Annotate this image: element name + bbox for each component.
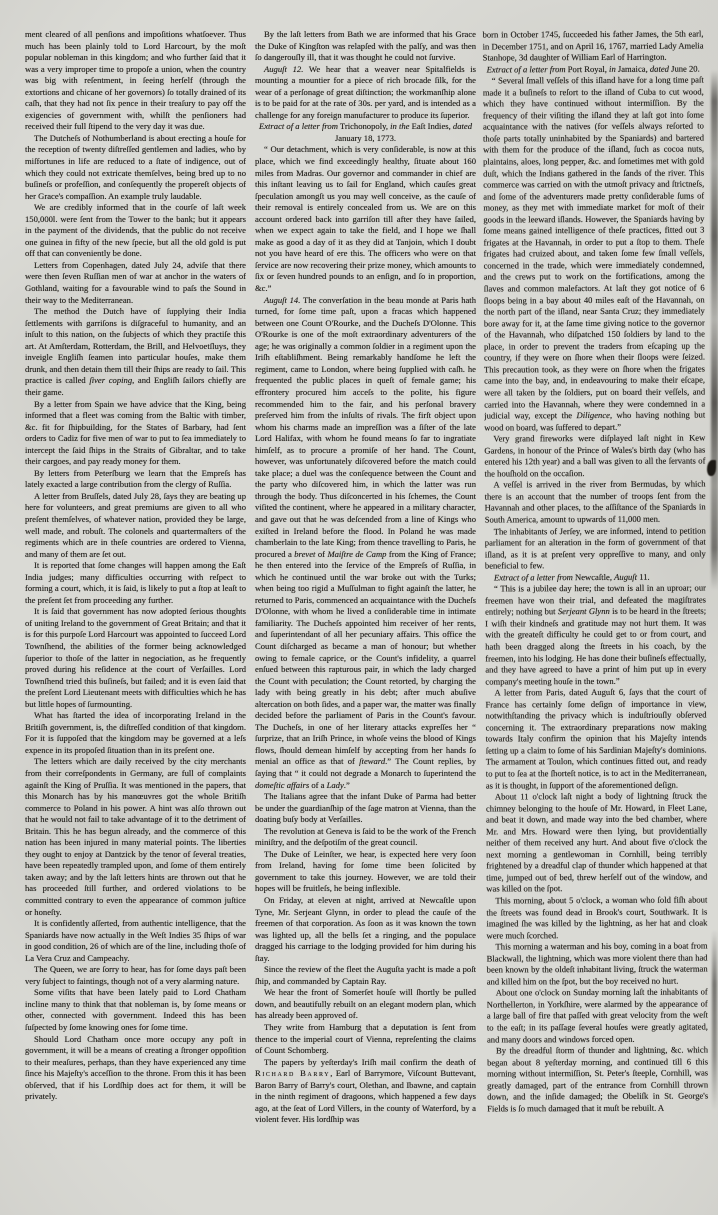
paragraph: Letters from Copenhagen, dated July 24, … [25,260,246,306]
paragraph: Since the review of the fleet the Auguſt… [255,964,476,987]
ink-streak-artifact [711,70,718,590]
paragraph: Auguſt 12. We hear that a weaver near Sp… [255,64,476,122]
paragraph: What has ſtarted the idea of incorporati… [25,710,246,756]
letter-extract-heading: Extract of a letter from Port Royal, in … [483,63,704,76]
paragraph: This morning, about 5 o'clock, a woman w… [486,895,707,942]
paragraph: The papers by yeſterday's Iriſh mail con… [255,1057,476,1126]
ink-blot-artifact [707,460,716,476]
paragraph: Very grand fireworks were diſplayed laſt… [484,433,705,480]
paragraph: They write from Hamburg that a deputatio… [255,1022,476,1057]
paragraph: About one o'clock on Sunday morning laſt… [487,987,708,1046]
paragraph: Auguſt 14. The converſation in the beau … [255,295,476,792]
paragraph: We are credibly informed that in the cou… [25,202,246,260]
text-column-2: By the laſt letters from Bath we are inf… [255,29,476,1155]
paragraph: The method the Dutch have of ſupplying t… [25,306,246,398]
paragraph: The Duke of Leinſter, we hear, is expect… [255,849,476,895]
paragraph: By letters from Peterſburg we learn that… [25,468,246,491]
paragraph: A letter from Bruſſels, dated July 28, ſ… [25,491,246,560]
paragraph: The inhabitants of Jerſey, we are inform… [485,525,706,572]
paragraph: A veſſel is arrived in the river from Be… [485,479,706,526]
paragraph: By a letter from Spain we have advice th… [25,399,246,468]
paragraph: It is ſaid that government has now adopt… [25,606,246,710]
paragraph: Extract of a letter from Newcaſtle, Augu… [485,571,706,584]
letter-extract-heading: Extract of a letter from Trichonopoly, i… [255,121,476,144]
paragraph: About 11 o'clock laſt night a body of li… [486,791,707,896]
paragraph: The revolution at Geneva is ſaid to be t… [255,826,476,849]
paragraph: By the laſt letters from Bath we are inf… [255,29,476,64]
ink-streak-artifact-lower [712,930,717,1110]
text-column-3: born in October 1745, ſucceeded his fath… [483,29,709,1156]
paragraph: The Queen, we are ſorry to hear, has for… [25,964,246,987]
text-column-1: ment cleared of all penſions and impoſit… [25,29,246,1155]
paragraph: The Dutcheſs of Nothumberland is about e… [25,133,246,202]
paragraph: This morning a waterman and his boy, com… [487,941,708,988]
paragraph: “ Our detachment, which is very conſider… [255,144,476,294]
paragraph: ment cleared of all penſions and impoſit… [25,29,246,133]
paragraph: By the dreadful ſtorm of thunder and lig… [487,1045,708,1115]
paragraph: A letter from Paris, dated Auguſt 6, ſay… [485,687,706,792]
paragraph: It is confidently aſſerted, from authent… [25,918,246,964]
paragraph: We hear the front of Somerſet houſe will… [255,987,476,1022]
paragraph: Some viſits that have been lately paid t… [25,987,246,1033]
text-columns: ment cleared of all penſions and impoſit… [25,29,706,1155]
small-caps-name: Richard Barry [255,1068,330,1078]
paragraph: On Friday, at eleven at night, arrived a… [255,895,476,964]
paragraph: “ Several ſmall veſſels of this iſland h… [483,75,706,434]
paragraph: The Italians agree that the infant Duke … [255,791,476,826]
paragraph: born in October 1745, ſucceeded his fath… [483,29,704,65]
paragraph: It is reported that ſome changes will ha… [25,560,246,606]
newspaper-page: ment cleared of all penſions and impoſit… [0,0,718,1215]
paragraph: “ This is a jubilee day here; the town i… [485,583,706,688]
paragraph: The letters which are daily received by … [25,756,246,918]
paragraph: Should Lord Chatham once more occupy any… [25,1034,246,1103]
